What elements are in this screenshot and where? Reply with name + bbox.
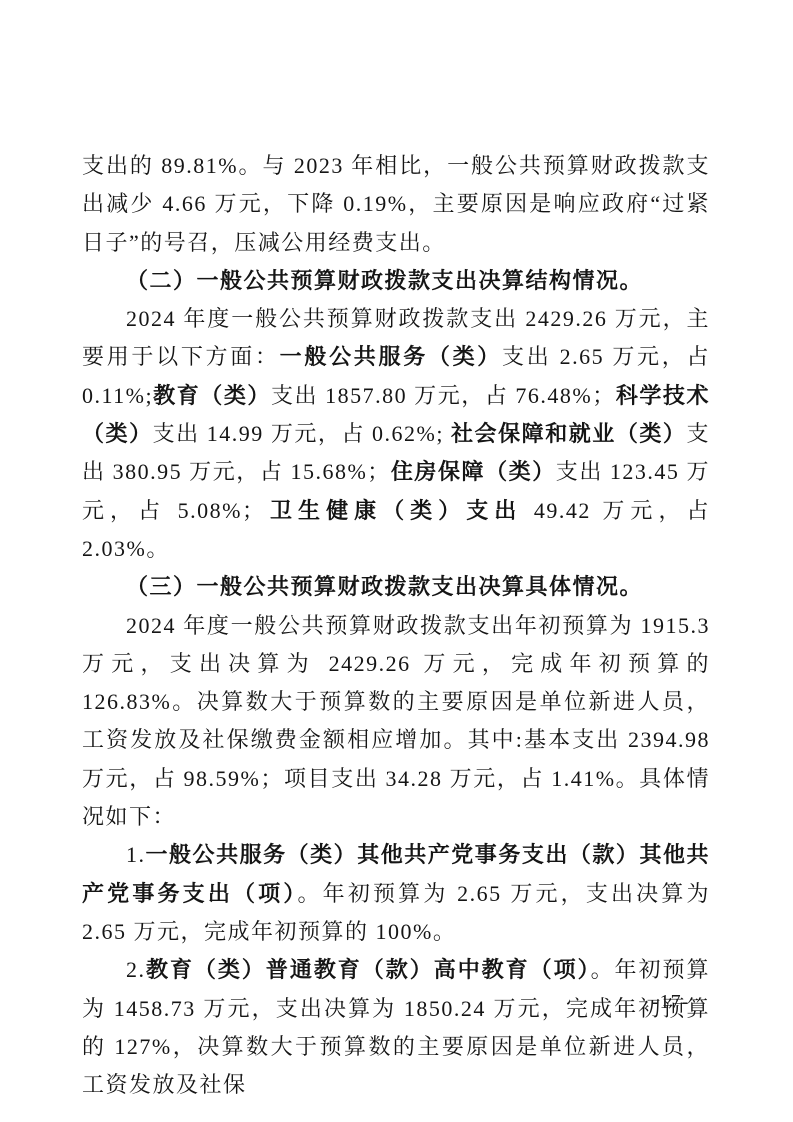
text-run: 支出 1857.80 万元，占 76.48%； [271,383,616,408]
text-run: （三）一般公共预算财政拨款支出决算具体情况。 [126,574,643,599]
para-continuation: 支出的 89.81%。与 2023 年相比，一般公共预算财政拨款支出减少 4.6… [82,147,710,262]
text-run: 教育（类）普通教育（款）高中教育（项） [146,957,591,982]
text-run: 教育（类） [153,383,271,408]
text-run: 住房保障（类） [391,459,556,484]
text-run: 支出的 89.81%。与 2023 年相比，一般公共预算财政拨款支出减少 4.6… [82,153,710,255]
para-item-1: 1.一般公共服务（类）其他共产党事务支出（款）其他共产党事务支出（项）。年初预算… [82,836,710,951]
heading-section-3: （三）一般公共预算财政拨款支出决算具体情况。 [82,568,710,606]
text-run: 一般公共服务（类） [280,344,502,369]
document-body: 支出的 89.81%。与 2023 年相比，一般公共预算财政拨款支出减少 4.6… [82,147,710,1104]
text-run: （二）一般公共预算财政拨款支出决算结构情况。 [126,268,643,293]
para-expenditure-structure: 2024 年度一般公共预算财政拨款支出 2429.26 万元，主要用于以下方面：… [82,300,710,568]
text-run: 2024 年度一般公共预算财政拨款支出年初预算为 1915.3 万元，支出决算为… [82,613,710,829]
page-number: -17- [652,991,689,1014]
heading-section-2: （二）一般公共预算财政拨款支出决算结构情况。 [82,262,710,300]
text-run: 社会保障和就业（类） [451,421,686,446]
text-run: 2. [126,957,146,982]
text-run: 卫生健康（类）支出 [265,498,522,523]
para-item-2: 2.教育（类）普通教育（款）高中教育（项）。年初预算为 1458.73 万元，支… [82,951,710,1104]
text-run: 1. [126,842,146,867]
para-budget-overview: 2024 年度一般公共预算财政拨款支出年初预算为 1915.3 万元，支出决算为… [82,607,710,837]
text-run: 支出 14.99 万元，占 0.62%; [153,421,451,446]
